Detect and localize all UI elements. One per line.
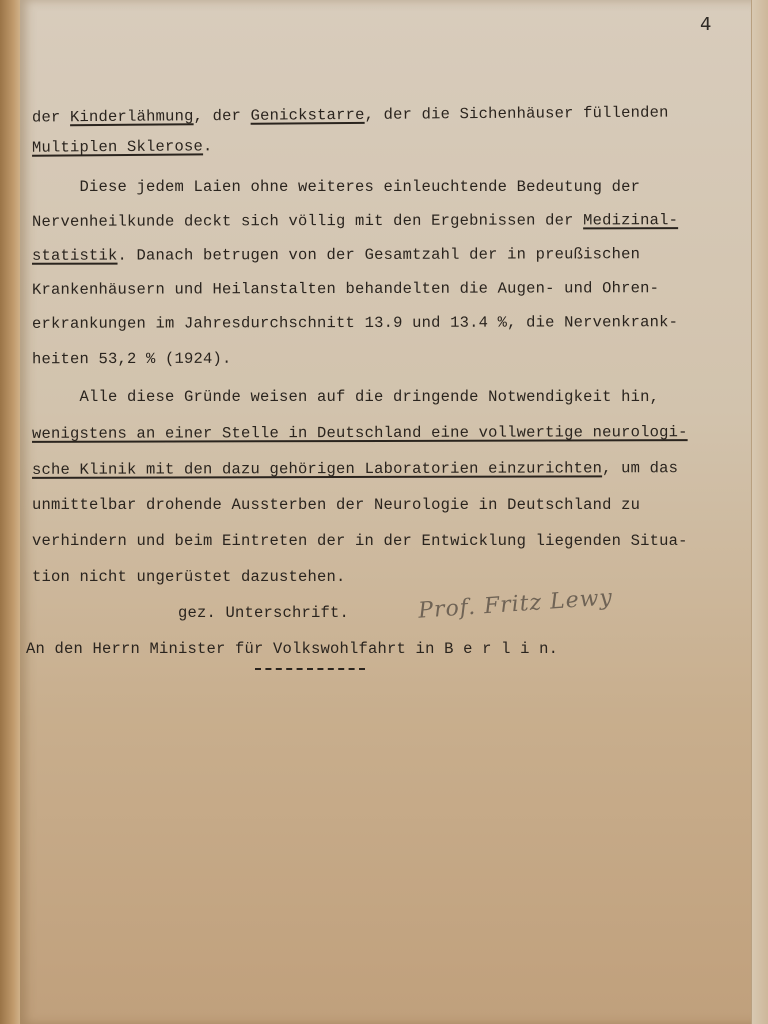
underlined-text: wenigstens an einer Stelle in Deutschlan… <box>32 423 688 443</box>
underlined-text: Multiplen Sklerose <box>32 137 203 156</box>
text-span: Krankenhäusern und Heilanstalten behande… <box>32 279 659 299</box>
underlined-text: Genickstarre <box>250 106 364 125</box>
text-span: erkrankungen im Jahresdurchschnitt 13.9 … <box>32 313 678 333</box>
text-line: heiten 53,2 % (1924). <box>32 350 232 369</box>
text-line: Nervenheilkunde deckt sich völlig mit de… <box>32 211 678 231</box>
text-span: , um das <box>602 459 678 477</box>
text-line: erkrankungen im Jahresdurchschnitt 13.9 … <box>32 313 678 333</box>
text-span: unmittelbar drohende Aussterben der Neur… <box>32 496 640 514</box>
text-line: unmittelbar drohende Aussterben der Neur… <box>32 496 640 514</box>
text-line: Multiplen Sklerose. <box>32 137 213 156</box>
text-span: Nervenheilkunde deckt sich völlig mit de… <box>32 211 583 230</box>
text-line: wenigstens an einer Stelle in Deutschlan… <box>32 423 688 443</box>
text-span: verhindern und beim Eintreten der in der… <box>32 532 688 550</box>
closing-rule <box>255 668 365 670</box>
text-span: der <box>32 108 70 126</box>
text-line: tion nicht ungerüstet dazustehen. <box>32 568 346 586</box>
underlined-text: statistik <box>32 247 118 265</box>
text-span: , der die Sichenhäuser füllenden <box>365 104 669 124</box>
text-span: , der <box>193 107 250 125</box>
text-line: Alle diese Gründe weisen auf die dringen… <box>32 388 659 406</box>
text-line: statistik. Danach betrugen von der Gesam… <box>32 245 640 265</box>
text-span: heiten 53,2 % (1924). <box>32 350 232 369</box>
text-line: verhindern und beim Eintreten der in der… <box>32 532 688 550</box>
text-span: Alle diese Gründe weisen auf die dringen… <box>32 388 659 406</box>
page-number: 4 <box>700 14 711 35</box>
adjacent-page-edge <box>0 0 22 1024</box>
text-line: Diese jedem Laien ohne weiteres einleuch… <box>32 178 640 196</box>
text-line: Krankenhäusern und Heilanstalten behande… <box>32 279 659 299</box>
text-span: . <box>203 137 213 155</box>
underlined-text: sche Klinik mit den dazu gehörigen Labor… <box>32 459 602 478</box>
text-span: tion nicht ungerüstet dazustehen. <box>32 568 346 586</box>
signature-label: gez. Unterschrift. <box>178 604 349 622</box>
underlined-text: Kinderlähmung <box>70 107 194 126</box>
addressee-line: An den Herrn Minister für Volkswohlfahrt… <box>26 640 558 658</box>
text-span: Diese jedem Laien ohne weiteres einleuch… <box>32 178 640 196</box>
page-stack-edge <box>751 0 768 1024</box>
text-span: . Danach betrugen von der Gesamtzahl der… <box>117 245 640 264</box>
underlined-text: Medizinal- <box>583 211 678 229</box>
text-line: sche Klinik mit den dazu gehörigen Labor… <box>32 459 678 479</box>
